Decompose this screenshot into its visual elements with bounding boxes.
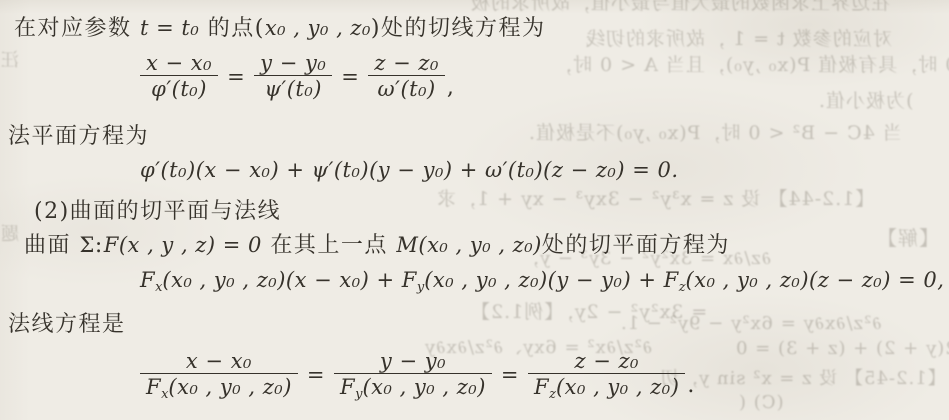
surface-mid: 在其上一点 bbox=[262, 233, 397, 258]
bleed-text: 当 4C − B² < 0 时，P(x₀ ,y₀)不是极值. bbox=[528, 118, 902, 145]
normal-line-label: 法线方程是 bbox=[8, 307, 126, 338]
heading-text: (2)曲面的切平面与法线 bbox=[34, 199, 281, 224]
numerator: y − y₀ bbox=[334, 350, 492, 373]
f-base: F bbox=[664, 268, 679, 292]
term-rest: (x₀ , y₀ , z₀)(z − z₀) = 0, bbox=[686, 268, 945, 292]
bleed-text: 【1.2-45】 设 z = x² sin y，切 bbox=[660, 364, 946, 390]
surface-post: 处的切平面方程为 bbox=[542, 233, 730, 258]
bleed-text: 汪 bbox=[0, 46, 19, 72]
f-base: F bbox=[402, 268, 417, 292]
bleed-text: ∂²z/∂x∂y = 6x²y − 9y² − 1. bbox=[620, 313, 882, 334]
sigma-symbol: Σ bbox=[80, 233, 95, 257]
normal-plane-label: 法平面方程为 bbox=[8, 119, 149, 150]
f-sub-z: z bbox=[679, 280, 686, 295]
fraction-x: x − x₀ Fx(x₀ , y₀ , z₀) bbox=[140, 350, 298, 399]
surface-function-math: F(x , y , z) = 0 bbox=[104, 233, 262, 257]
term-fx: Fx(x₀ , y₀ , z₀)(x − x₀) + bbox=[140, 268, 402, 292]
bleed-text: (C) ( bbox=[738, 392, 784, 413]
numerator: z − z₀ bbox=[528, 350, 685, 373]
tangent-line-intro: 在对应参数 t = t₀ 的点(x₀ , y₀ , z₀)处的切线方程为 bbox=[14, 11, 546, 42]
bleed-text: 题 bbox=[0, 220, 19, 246]
term-rest: (x₀ , y₀ , z₀)(x − x₀) + bbox=[162, 268, 401, 292]
fraction-y: y − y₀ ψ′(t₀) bbox=[254, 52, 332, 101]
equals-sign: = bbox=[341, 65, 359, 89]
denominator: ψ′(t₀) bbox=[254, 75, 332, 101]
numerator: x − x₀ bbox=[140, 52, 218, 75]
equals-sign: = bbox=[227, 65, 245, 89]
term-fy: Fy(x₀ , y₀ , z₀)(y − y₀) + bbox=[402, 268, 664, 292]
surface-pre: 曲面 bbox=[24, 233, 80, 258]
f-base: F bbox=[534, 375, 549, 399]
f-base: F bbox=[340, 375, 355, 399]
denominator: φ′(t₀) bbox=[140, 75, 218, 101]
equals-sign: = bbox=[307, 363, 325, 387]
term-rest: (x₀ , y₀ , z₀)(y − y₀) + bbox=[424, 268, 663, 292]
term-fz: Fz(x₀ , y₀ , z₀)(z − z₀) = 0, bbox=[664, 268, 945, 292]
f-sub-z: z bbox=[549, 387, 556, 402]
denominator: Fx(x₀ , y₀ , z₀) bbox=[140, 373, 298, 399]
fraction-x: x − x₀ φ′(t₀) bbox=[140, 52, 218, 101]
parameter-math: t = t₀ bbox=[140, 16, 199, 40]
f-base: F bbox=[146, 375, 161, 399]
colon: : bbox=[95, 233, 104, 258]
numerator: x − x₀ bbox=[140, 350, 298, 373]
bleed-text: 设 4C − B² > 0 时，具有极值 P(x₀ ,y₀)，且当 A < 0 … bbox=[552, 50, 949, 77]
bleed-text: )为极小值. bbox=[818, 86, 913, 113]
intro-post: )处的切线方程为 bbox=[371, 16, 546, 41]
f-base: F bbox=[140, 268, 155, 292]
tangent-line-equation: x − x₀ φ′(t₀) = y − y₀ ψ′(t₀) = z − z₀ ω… bbox=[140, 52, 455, 101]
denominator: Fy(x₀ , y₀ , z₀) bbox=[334, 373, 492, 399]
fraction-z: z − z₀ Fz(x₀ , y₀ , z₀) bbox=[528, 350, 685, 399]
numerator: y − y₀ bbox=[254, 52, 332, 75]
bleed-text: 对应的参数 t = 1 ，故所求的切线 bbox=[585, 24, 892, 51]
normal-line-text: 法线方程是 bbox=[8, 312, 126, 337]
den-args: (x₀ , y₀ , z₀) bbox=[168, 375, 291, 399]
numerator: z − z₀ bbox=[368, 52, 445, 75]
normal-line-equation: x − x₀ Fx(x₀ , y₀ , z₀) = y − y₀ Fy(x₀ ,… bbox=[140, 350, 696, 399]
intro-text: 在对应参数 bbox=[14, 16, 140, 41]
point-coords-math: x₀ , y₀ , z₀ bbox=[265, 16, 371, 40]
normal-plane-text: 法平面方程为 bbox=[8, 124, 149, 149]
surface-intro: 曲面 Σ:F(x , y , z) = 0 在其上一点 M(x₀ , y₀ , … bbox=[24, 228, 730, 259]
section-heading-2: (2)曲面的切平面与法线 bbox=[34, 194, 281, 225]
den-args: (x₀ , y₀ , z₀) bbox=[362, 375, 485, 399]
equals-sign: = bbox=[501, 363, 519, 387]
intro-mid: 的点( bbox=[199, 16, 265, 41]
bleed-text: 【1.2-44】 设 z = x³y² − 3xy³ − xy + 1，求 bbox=[436, 184, 874, 211]
equation-text: φ′(t₀)(x − x₀) + ψ′(t₀)(y − y₀) + ω′(t₀)… bbox=[140, 158, 679, 182]
denominator: ω′(t₀) bbox=[368, 75, 445, 101]
scanned-textbook-page: 在边界上求函数的最大值与最小值，故所求的极 对应的参数 t = 1 ，故所求的切… bbox=[0, 0, 949, 420]
fraction-z: z − z₀ ω′(t₀) bbox=[368, 52, 445, 101]
fraction-y: y − y₀ Fy(x₀ , y₀ , z₀) bbox=[334, 350, 492, 399]
period: . bbox=[687, 373, 696, 398]
denominator: Fz(x₀ , y₀ , z₀) bbox=[528, 373, 685, 399]
bleed-text: 【解】 bbox=[876, 222, 939, 251]
tangent-plane-equation: Fx(x₀ , y₀ , z₀)(x − x₀) + Fy(x₀ , y₀ , … bbox=[140, 268, 944, 292]
bleed-text: (B) (x + 1) + 2(y + 2) + (z + 3) = 0 bbox=[735, 338, 949, 359]
normal-plane-equation: φ′(t₀)(x − x₀) + ψ′(t₀)(y − y₀) + ω′(t₀)… bbox=[140, 158, 679, 182]
comma: , bbox=[447, 75, 456, 100]
point-m-math: M(x₀ , y₀ , z₀) bbox=[396, 233, 541, 257]
den-args: (x₀ , y₀ , z₀) bbox=[556, 375, 679, 399]
